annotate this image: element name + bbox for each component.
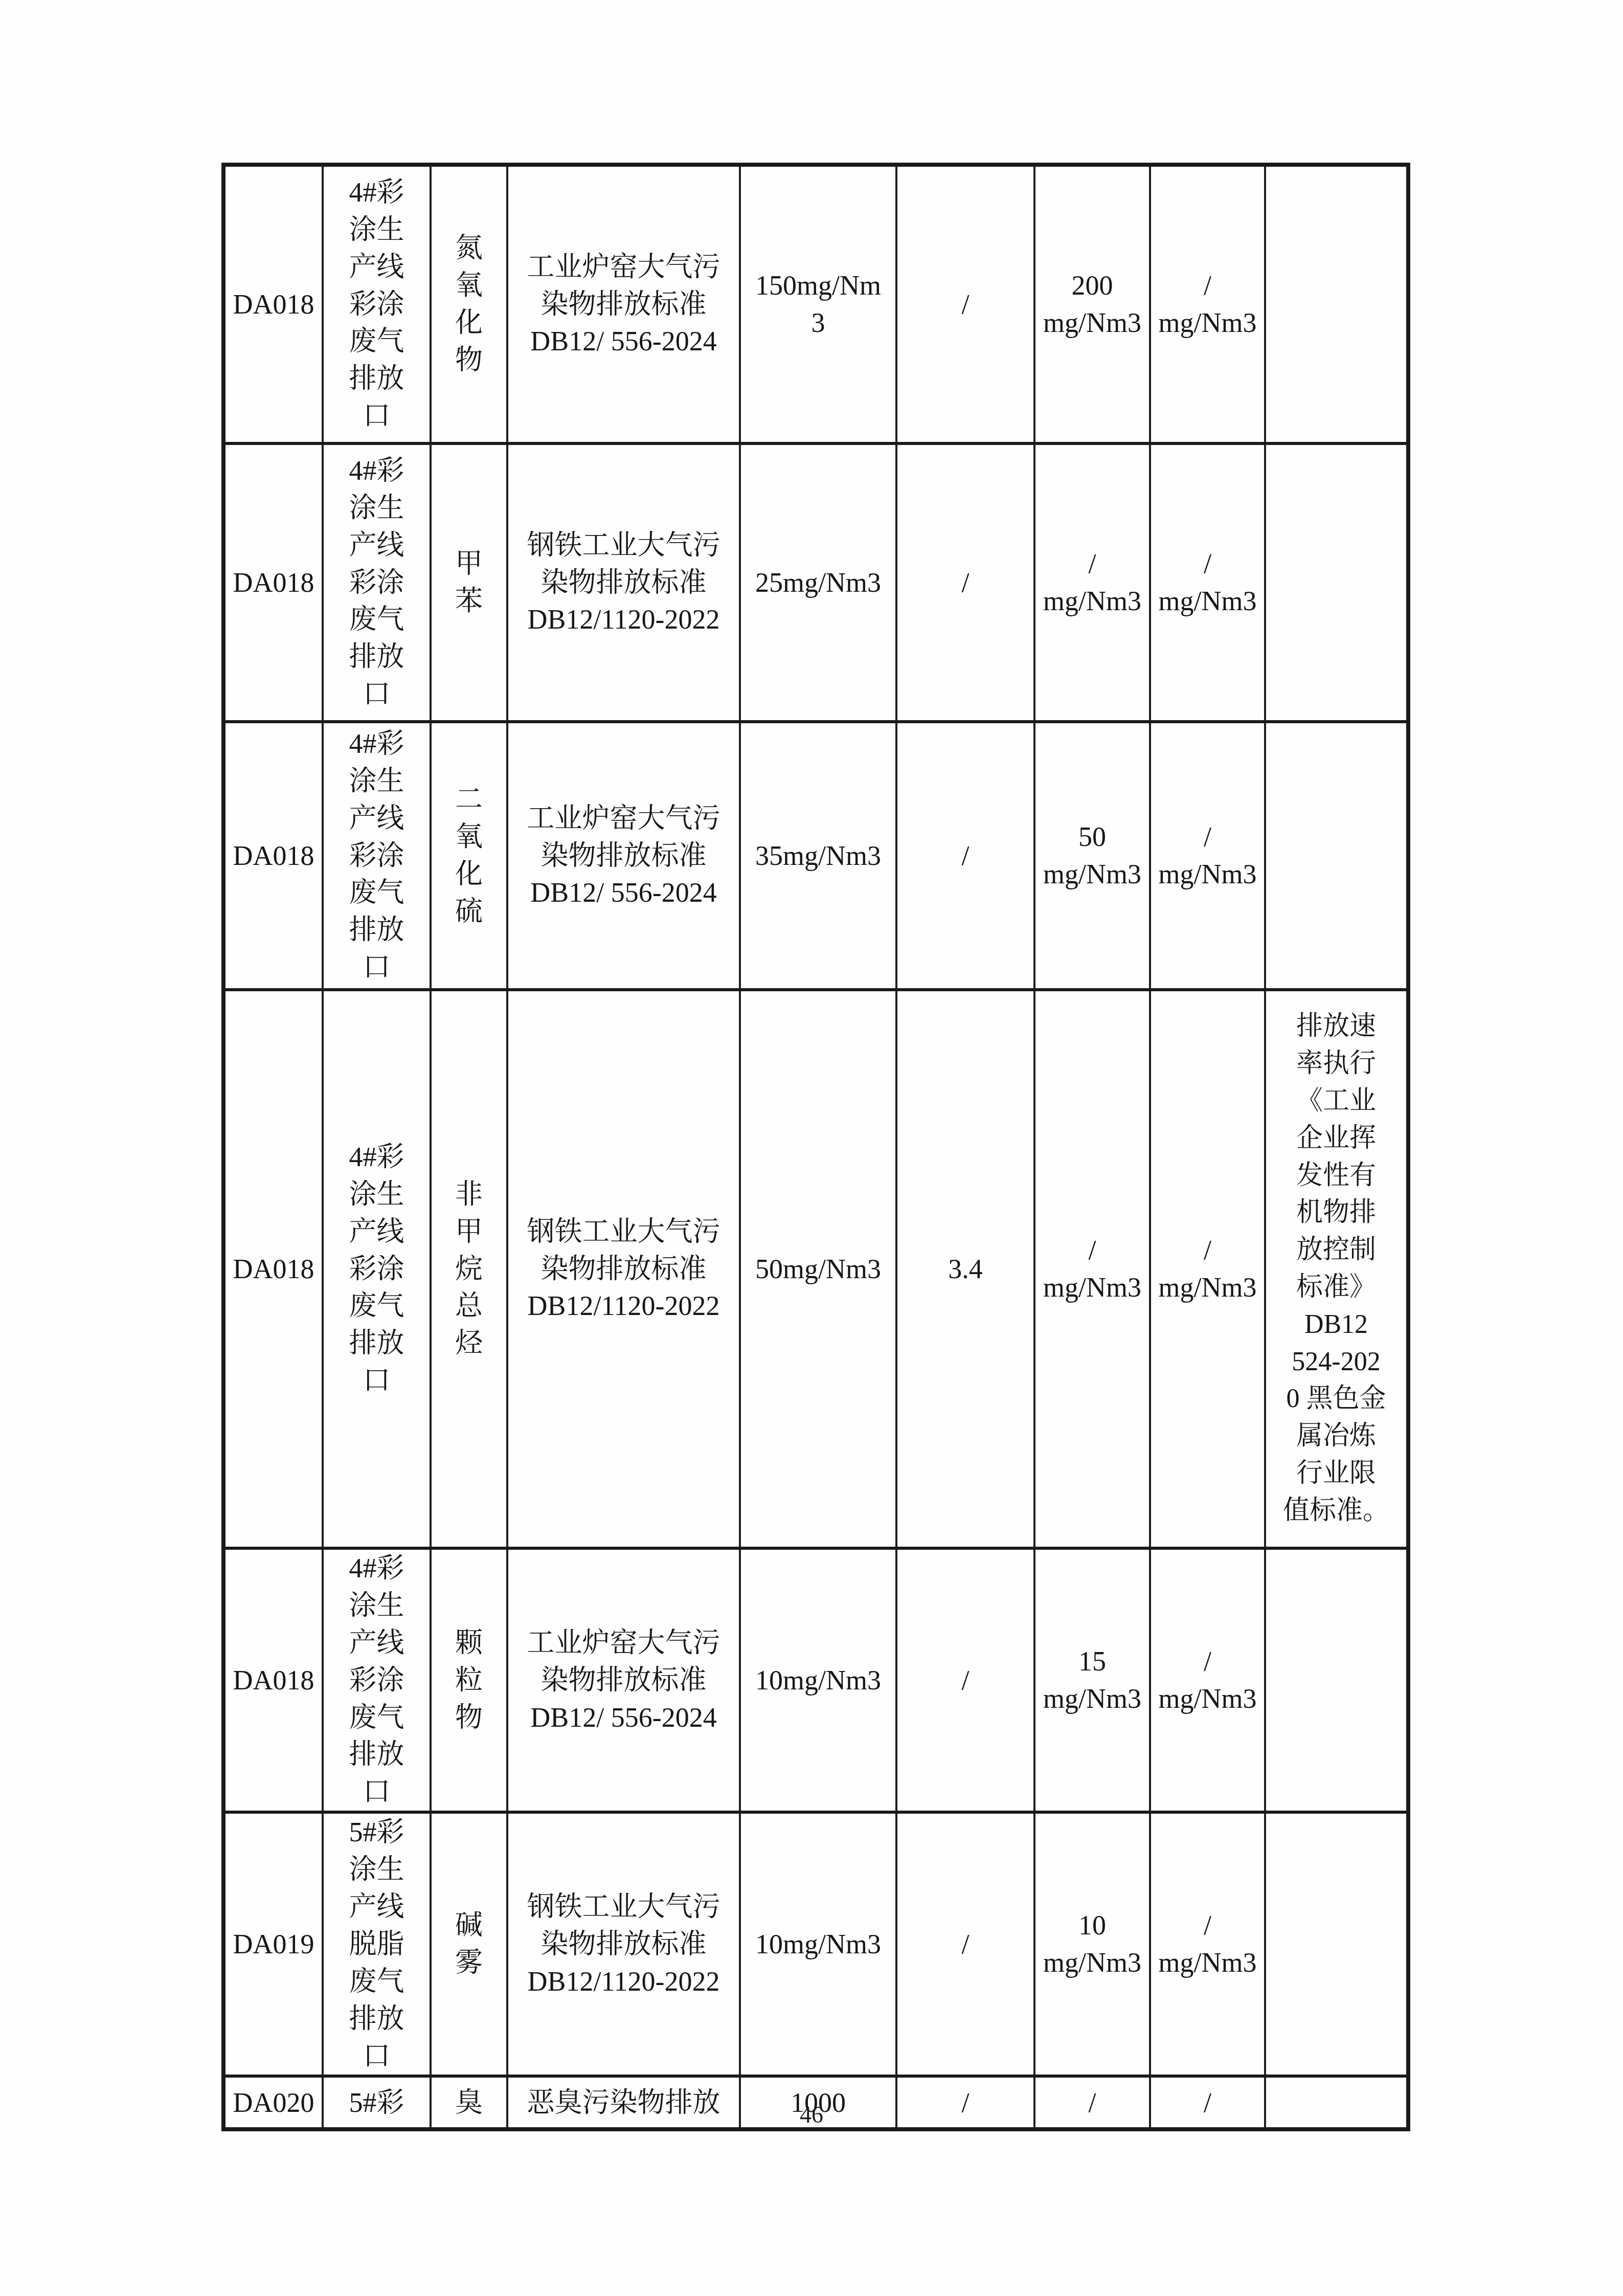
limit-2-cell: 3.4 <box>896 990 1034 1548</box>
pollutant-cell: 二 氧 化 硫 <box>431 722 507 990</box>
limit-3-cell: 15 mg/Nm3 <box>1034 1548 1150 1812</box>
outlet-name-cell: 4#彩 涂生 产线 彩涂 废气 排放 口 <box>323 443 431 722</box>
limit-2-cell: / <box>896 722 1034 990</box>
limit-2-cell: / <box>896 443 1034 722</box>
limit-2-cell: / <box>896 165 1034 443</box>
limit-1-cell: 50mg/Nm3 <box>740 990 896 1548</box>
pollutant-cell: 非 甲 烷 总 烃 <box>431 990 507 1548</box>
limit-4-cell: / mg/Nm3 <box>1150 722 1265 990</box>
pollutant-cell: 甲 苯 <box>431 443 507 722</box>
limit-4-cell: / mg/Nm3 <box>1150 1812 1265 2076</box>
limit-2-cell: / <box>896 1812 1034 2076</box>
remark-cell <box>1265 1548 1408 1812</box>
limit-4-cell: / mg/Nm3 <box>1150 443 1265 722</box>
table-body: DA0184#彩 涂生 产线 彩涂 废气 排放 口氮 氧 化 物工业炉窑大气污 … <box>223 165 1408 2129</box>
limit-1-cell: 10mg/Nm3 <box>740 1812 896 2076</box>
limit-4-cell: / mg/Nm3 <box>1150 1548 1265 1812</box>
remark-cell <box>1265 722 1408 990</box>
standard-cell: 钢铁工业大气污 染物排放标准 DB12/1120-2022 <box>507 1812 740 2076</box>
pollutant-cell: 氮 氧 化 物 <box>431 165 507 443</box>
table-row: DA0184#彩 涂生 产线 彩涂 废气 排放 口二 氧 化 硫工业炉窑大气污 … <box>223 722 1408 990</box>
standard-cell: 工业炉窑大气污 染物排放标准 DB12/ 556-2024 <box>507 722 740 990</box>
limit-3-cell: 200 mg/Nm3 <box>1034 165 1150 443</box>
standard-cell: 工业炉窑大气污 染物排放标准 DB12/ 556-2024 <box>507 1548 740 1812</box>
outlet-id-cell: DA019 <box>223 1812 323 2076</box>
remark-cell <box>1265 1812 1408 2076</box>
outlet-id-cell: DA018 <box>223 722 323 990</box>
limit-1-cell: 25mg/Nm3 <box>740 443 896 722</box>
outlet-name-cell: 4#彩 涂生 产线 彩涂 废气 排放 口 <box>323 722 431 990</box>
outlet-name-cell: 5#彩 涂生 产线 脱脂 废气 排放 口 <box>323 1812 431 2076</box>
standard-cell: 工业炉窑大气污 染物排放标准 DB12/ 556-2024 <box>507 165 740 443</box>
limit-4-cell: / mg/Nm3 <box>1150 165 1265 443</box>
outlet-id-cell: DA018 <box>223 1548 323 1812</box>
remark-cell: 排放速 率执行 《工业 企业挥 发性有 机物排 放控制 标准》 DB12 524… <box>1265 990 1408 1548</box>
outlet-id-cell: DA018 <box>223 990 323 1548</box>
limit-2-cell: / <box>896 1548 1034 1812</box>
limit-3-cell: / mg/Nm3 <box>1034 443 1150 722</box>
table-row: DA0184#彩 涂生 产线 彩涂 废气 排放 口非 甲 烷 总 烃钢铁工业大气… <box>223 990 1408 1548</box>
limit-4-cell: / mg/Nm3 <box>1150 990 1265 1548</box>
table-row: DA0195#彩 涂生 产线 脱脂 废气 排放 口碱 雾钢铁工业大气污 染物排放… <box>223 1812 1408 2076</box>
remark-cell <box>1265 165 1408 443</box>
limit-1-cell: 10mg/Nm3 <box>740 1548 896 1812</box>
table-row: DA0184#彩 涂生 产线 彩涂 废气 排放 口甲 苯钢铁工业大气污 染物排放… <box>223 443 1408 722</box>
page-number: 46 <box>0 2101 1623 2128</box>
pollutant-cell: 颗 粒 物 <box>431 1548 507 1812</box>
limit-3-cell: 10 mg/Nm3 <box>1034 1812 1150 2076</box>
limit-3-cell: 50 mg/Nm3 <box>1034 722 1150 990</box>
limit-1-cell: 150mg/Nm 3 <box>740 165 896 443</box>
emission-standards-table: DA0184#彩 涂生 产线 彩涂 废气 排放 口氮 氧 化 物工业炉窑大气污 … <box>221 163 1410 2131</box>
outlet-name-cell: 4#彩 涂生 产线 彩涂 废气 排放 口 <box>323 990 431 1548</box>
remark-cell <box>1265 443 1408 722</box>
limit-3-cell: / mg/Nm3 <box>1034 990 1150 1548</box>
outlet-id-cell: DA018 <box>223 165 323 443</box>
table-row: DA0184#彩 涂生 产线 彩涂 废气 排放 口颗 粒 物工业炉窑大气污 染物… <box>223 1548 1408 1812</box>
limit-1-cell: 35mg/Nm3 <box>740 722 896 990</box>
outlet-name-cell: 4#彩 涂生 产线 彩涂 废气 排放 口 <box>323 165 431 443</box>
outlet-name-cell: 4#彩 涂生 产线 彩涂 废气 排放 口 <box>323 1548 431 1812</box>
document-page: DA0184#彩 涂生 产线 彩涂 废气 排放 口氮 氧 化 物工业炉窑大气污 … <box>0 0 1623 2296</box>
standard-cell: 钢铁工业大气污 染物排放标准 DB12/1120-2022 <box>507 990 740 1548</box>
table-row: DA0184#彩 涂生 产线 彩涂 废气 排放 口氮 氧 化 物工业炉窑大气污 … <box>223 165 1408 443</box>
outlet-id-cell: DA018 <box>223 443 323 722</box>
pollutant-cell: 碱 雾 <box>431 1812 507 2076</box>
standard-cell: 钢铁工业大气污 染物排放标准 DB12/1120-2022 <box>507 443 740 722</box>
